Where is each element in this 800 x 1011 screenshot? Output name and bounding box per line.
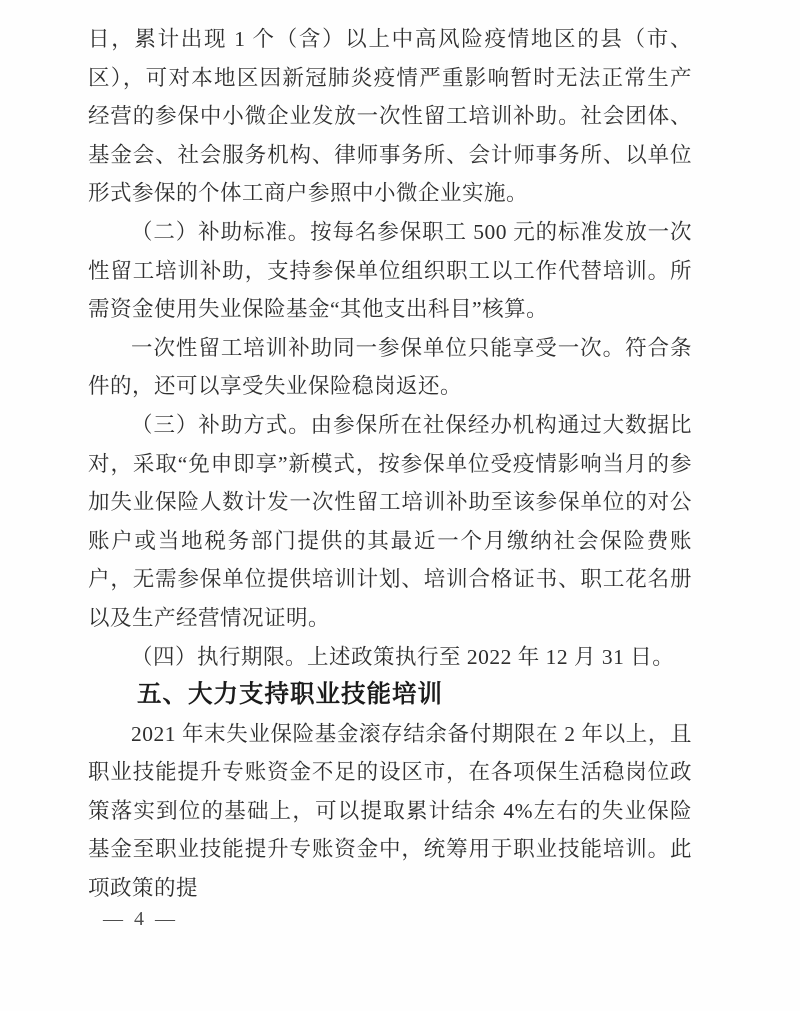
paragraph-subsection-2-subsidy-standard: （二）补助标准。按每名参保职工 500 元的标准发放一次性留工培训补助，支持参保… [88,213,692,329]
paragraph-skills-training-fund: 2021 年末失业保险基金滚存结余备付期限在 2 年以上，且职业技能提升专账资金… [88,715,692,908]
document-body: 日，累计出现 1 个（含）以上中高风险疫情地区的县（市、区），可对本地区因新冠肺… [88,20,692,908]
document-page: 日，累计出现 1 个（含）以上中高风险疫情地区的县（市、区），可对本地区因新冠肺… [0,0,800,1011]
paragraph-continued-from-previous-page: 日，累计出现 1 个（含）以上中高风险疫情地区的县（市、区），可对本地区因新冠肺… [88,20,692,213]
section-heading-5-vocational-skills-training: 五、大力支持职业技能培训 [88,676,692,715]
paragraph-one-time-subsidy-note: 一次性留工培训补助同一参保单位只能享受一次。符合条件的，还可以享受失业保险稳岗返… [88,329,692,406]
paragraph-subsection-3-subsidy-method: （三）补助方式。由参保所在社保经办机构通过大数据比对，采取“免申即享”新模式，按… [88,406,692,638]
page-number: — 4 — [103,908,178,931]
paragraph-subsection-4-execution-period: （四）执行期限。上述政策执行至 2022 年 12 月 31 日。 [88,638,692,677]
